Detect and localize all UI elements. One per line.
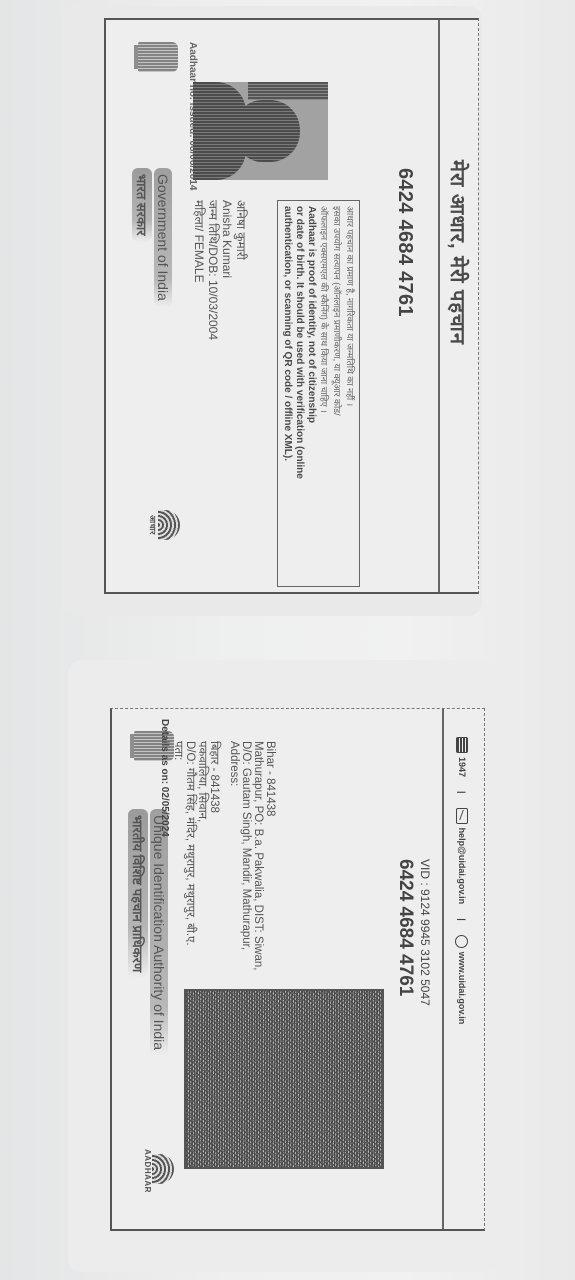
disclaimer-box: आधार पहचान का प्रमाण है, नागरिकता या जन्… xyxy=(277,200,360,587)
disclaimer-english-3: authentication, or scanning of QR code /… xyxy=(281,206,293,581)
aadhaar-back-card: भारतीय विशिष्ट पहचान प्राधिकरण Unique Id… xyxy=(110,708,485,1231)
aadhaar-front-content: भारत सरकार Government of India आधार Aadh… xyxy=(106,20,478,592)
address-hindi-label: पता: xyxy=(172,741,184,760)
aadhaar-front-card: भारत सरकार Government of India आधार Aadh… xyxy=(104,18,479,594)
portrait-photo xyxy=(193,82,328,180)
phone-icon xyxy=(456,737,468,753)
aadhaar-logo-icon: AADHAAR xyxy=(130,1149,174,1189)
national-emblem-icon xyxy=(138,42,178,72)
header-hindi: भारत सरकार xyxy=(132,168,152,242)
aadhaar-back-content: भारतीय विशिष्ट पहचान प्राधिकरण Unique Id… xyxy=(112,709,484,1229)
holder-details: अनिषा कुमारी Anisha Kumari जन्म तिथि/DOB… xyxy=(192,200,248,340)
header-english: Government of India xyxy=(154,168,172,307)
help-email: help@uidai.gov.in xyxy=(457,828,467,905)
address-hindi-line-1: D/O: गौतम सिंह, मंदिर, मथुरापुर, मथुरापु… xyxy=(184,741,196,946)
helpline-number: 1947 xyxy=(457,757,467,777)
disclaimer-hindi-1: आधार पहचान का प्रमाण है, नागरिकता या जन्… xyxy=(343,206,356,581)
aadhaar-logo-icon: आधार xyxy=(136,505,180,545)
website: www.uidai.gov.in xyxy=(457,952,467,1025)
mail-icon xyxy=(456,808,468,824)
name-english: Anisha Kumari xyxy=(220,200,234,340)
details-as-on: Details as on: 02/05/2024 xyxy=(159,719,170,837)
aadhaar-front-panel: भारत सरकार Government of India आधार Aadh… xyxy=(62,6,482,616)
footer-divider xyxy=(443,709,445,1229)
separator: | xyxy=(457,918,467,921)
dob: जन्म तिथि/DOB: 10/03/2004 xyxy=(206,200,220,340)
disclaimer-hindi-2: इसका उपयोग सत्यापन (ऑनलाइन प्रमाणीकरण, य… xyxy=(330,206,343,581)
address-english-line-2: Mathurapur, PO: B.a. Pakwalia, DIST: Siw… xyxy=(252,741,264,970)
disclaimer-english-2: or date of birth. It should be used with… xyxy=(293,206,305,581)
address-english-label: Address: xyxy=(228,741,240,786)
address-hindi-line-2: पकवालिया, सिवान, xyxy=(196,741,208,822)
vid-number: VID : 9124 9945 3102 5047 xyxy=(418,859,432,1006)
contact-footer: 1947 | help@uidai.gov.in | www.uidai.gov… xyxy=(450,709,474,1229)
aadhaar-back-panel: भारतीय विशिष्ट पहचान प्राधिकरण Unique Id… xyxy=(68,660,498,1272)
aadhaar-number: 6424 4684 4761 xyxy=(394,859,416,996)
gender: महिला/ FEMALE xyxy=(192,200,206,340)
qr-code xyxy=(184,989,384,1169)
address-hindi-line-3: बिहार - 841438 xyxy=(208,741,220,813)
disclaimer-hindi-3: ऑफलाइन एक्सएमएल की स्कैनिंग) के साथ किया… xyxy=(317,206,330,581)
tagline: मेरा आधार, मेरी पहचान xyxy=(445,160,472,345)
name-hindi: अनिषा कुमारी xyxy=(234,200,248,340)
aadhaar-logo-label: AADHAAR xyxy=(143,1149,152,1189)
address-english-line-3: Bihar - 841438 xyxy=(264,741,276,816)
footer-divider xyxy=(439,20,441,592)
globe-icon xyxy=(456,935,469,948)
address-english-line-1: D/O: Gautam Singh, Mandir, Mathurapur, xyxy=(240,741,252,950)
photographed-printout: भारत सरकार Government of India आधार Aadh… xyxy=(0,0,575,1280)
header-hindi: भारतीय विशिष्ट पहचान प्राधिकरण xyxy=(128,809,148,978)
header-english: Unique Identification Authority of India xyxy=(150,809,168,1056)
aadhaar-logo-label: आधार xyxy=(147,505,158,545)
aadhaar-number: 6424 4684 4761 xyxy=(393,168,416,317)
disclaimer-english-1: Aadhaar is proof of identity, not of cit… xyxy=(305,206,317,581)
separator: | xyxy=(457,791,467,794)
